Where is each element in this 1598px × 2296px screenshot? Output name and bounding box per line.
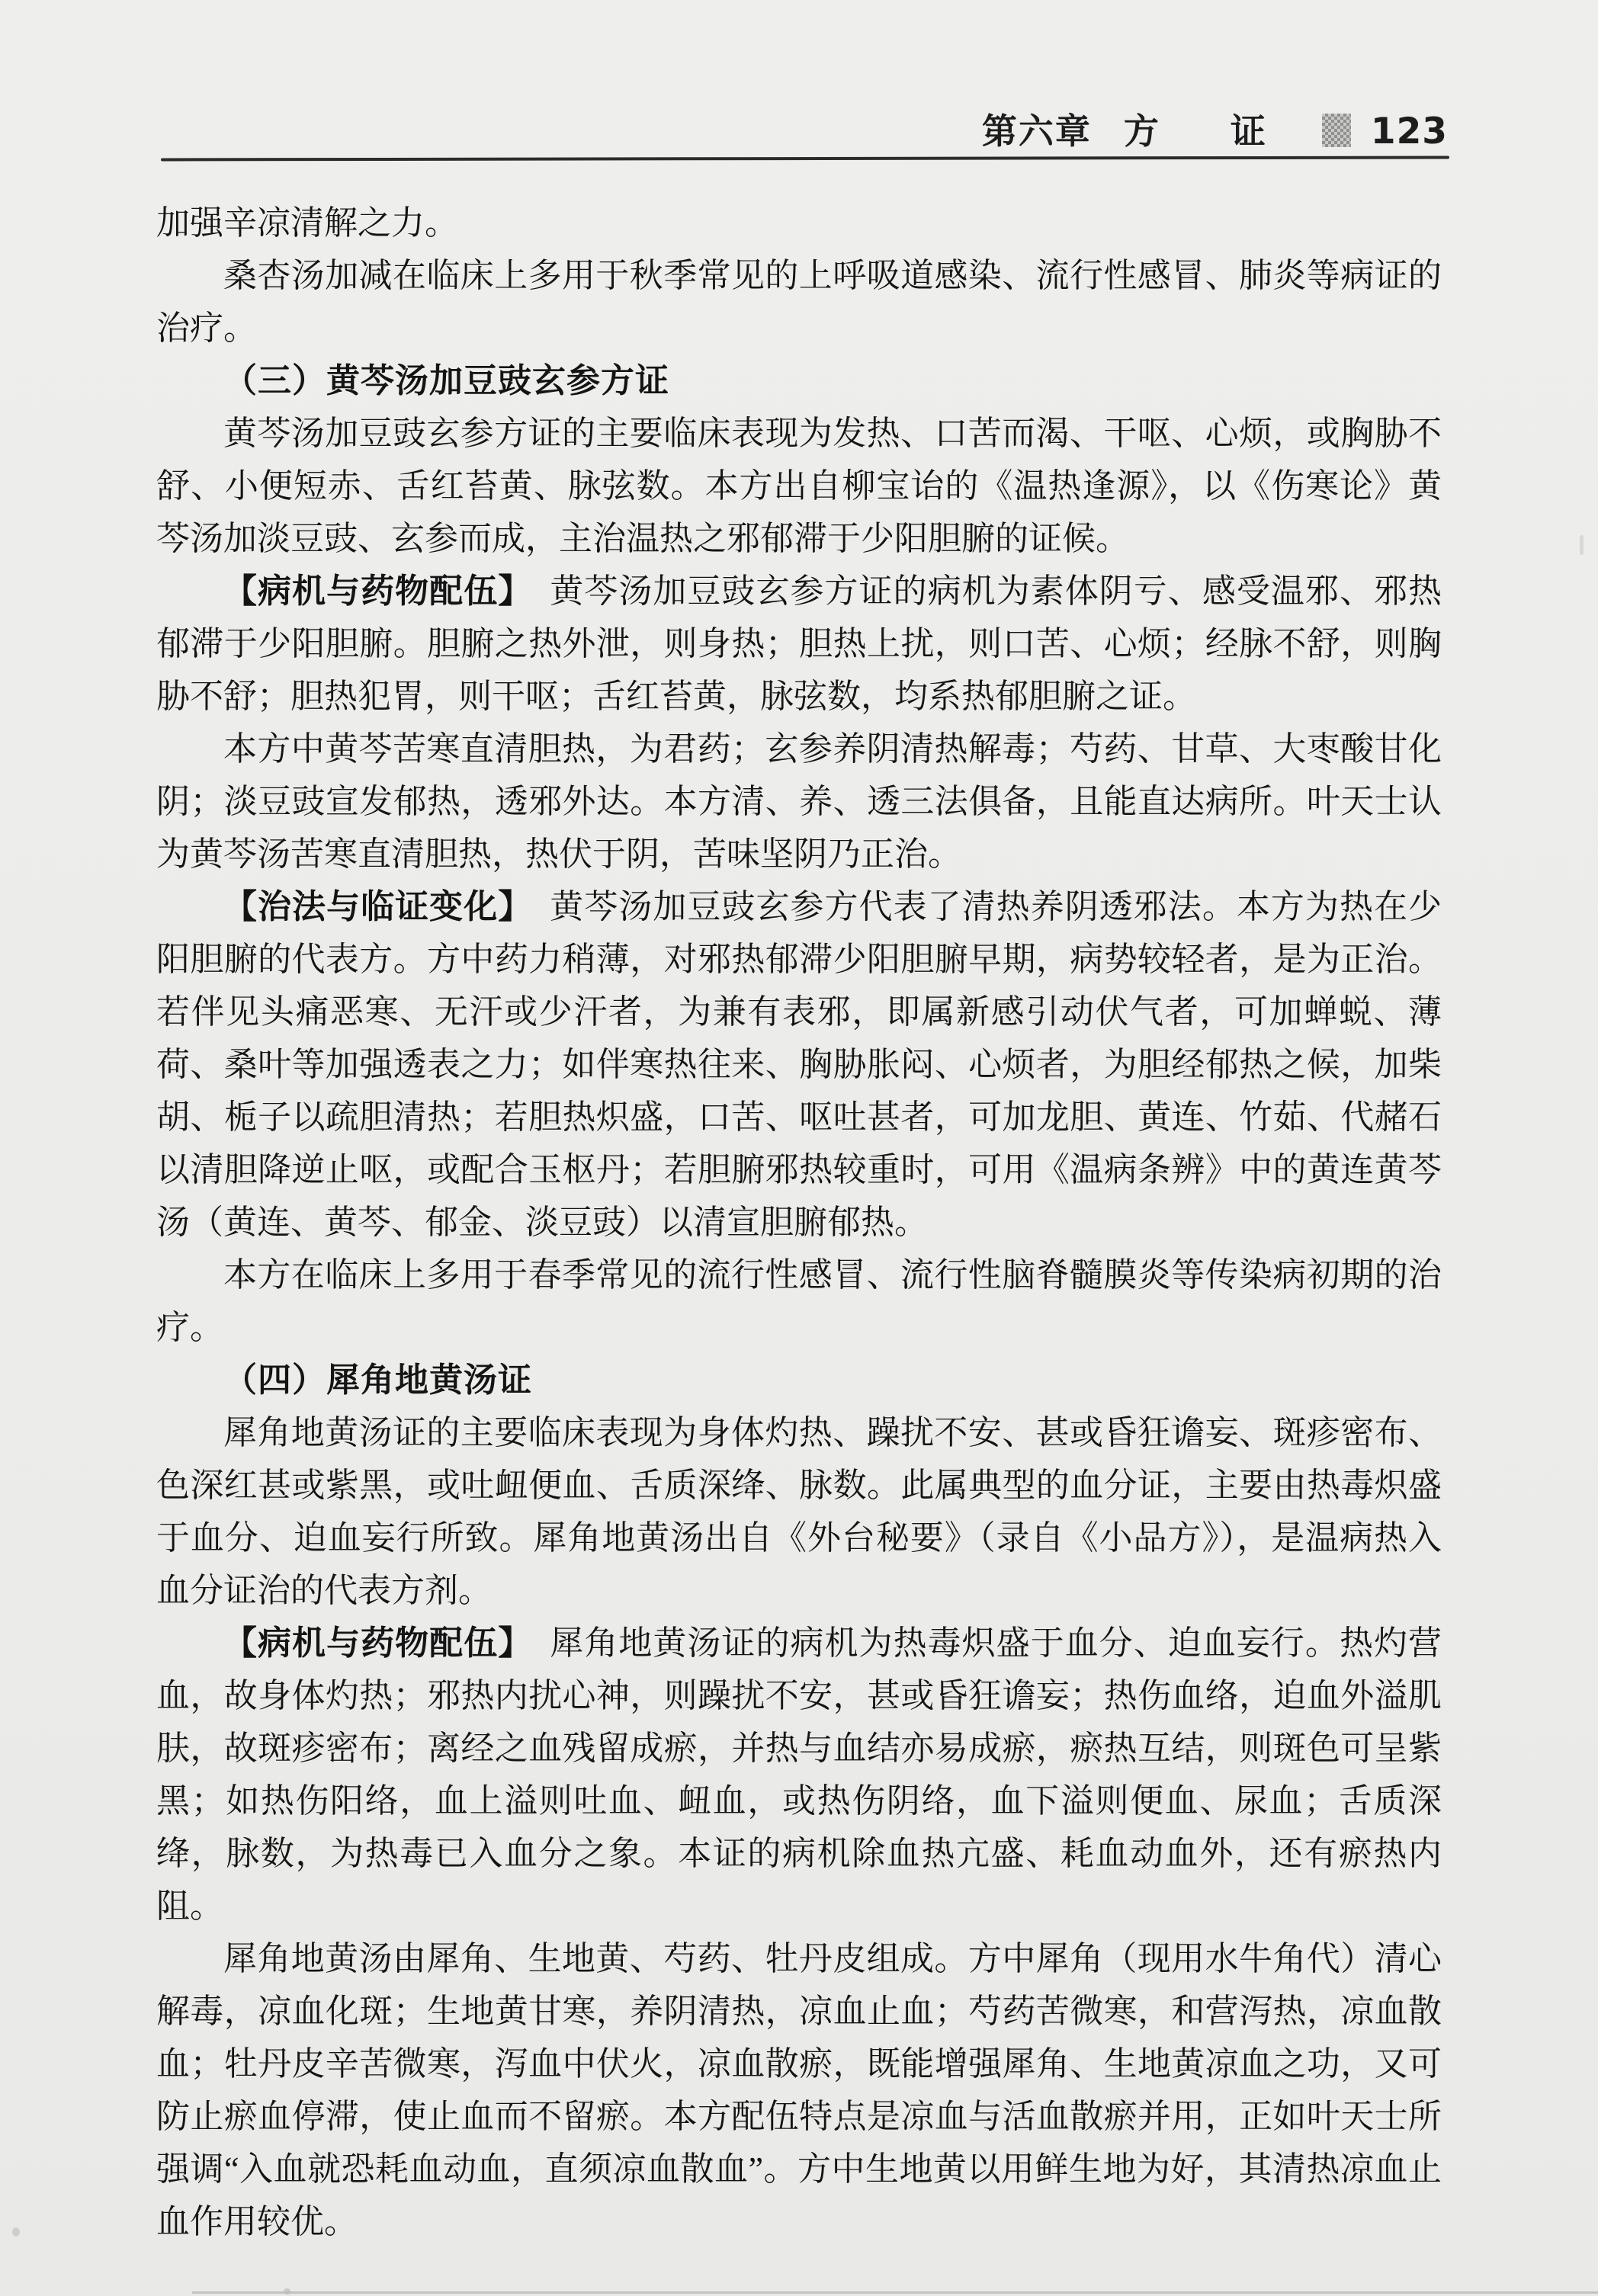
scan-edge-line: [192, 2291, 1598, 2294]
chapter-label: 第六章: [982, 111, 1092, 152]
paragraph-label: 【治法与临证变化】: [223, 887, 515, 926]
paragraph: 【病机与药物配伍】 黄芩汤加豆豉玄参方证的病机为素体阴亏、感受温邪、邪热郁滞于少…: [156, 565, 1442, 723]
paragraph: 桑杏汤加减在临床上多用于秋季常见的上呼吸道感染、流行性感冒、肺炎等病证的治疗。: [156, 249, 1442, 354]
paragraph: 本方中黄芩苦寒直清胆热，为君药；玄参养阴清热解毒；芍药、甘草、大枣酸甘化阴；淡豆…: [156, 723, 1442, 880]
scan-artifact: [12, 2227, 20, 2237]
paragraph-label: 【病机与药物配伍】: [223, 1624, 515, 1663]
paragraph: 本方在临床上多用于春季常见的流行性感冒、流行性脑脊髓膜炎等传染病初期的治疗。: [156, 1249, 1442, 1354]
section-heading: （三）黄芩汤加豆豉玄参方证: [156, 354, 1442, 407]
paragraph: 犀角地黄汤由犀角、生地黄、芍药、牡丹皮组成。方中犀角（现用水牛角代）清心解毒，凉…: [156, 1932, 1442, 2248]
paragraph-label: 【病机与药物配伍】: [223, 572, 515, 611]
paragraph: 加强辛凉清解之力。: [156, 197, 1442, 249]
paragraph: 黄芩汤加豆豉玄参方证的主要临床表现为发热、口苦而渴、干呕、心烦，或胸胁不舒、小便…: [156, 407, 1442, 565]
halftone-square-icon: [1322, 114, 1351, 147]
paragraph: 【治法与临证变化】 黄芩汤加豆豉玄参方代表了清热养阴透邪法。本方为热在少阳胆腑的…: [156, 880, 1442, 1249]
paragraph: 【病机与药物配伍】 犀角地黄汤证的病机为热毒炽盛于血分、迫血妄行。热灼营血，故身…: [156, 1617, 1442, 1932]
header-title-char-1: 方: [1124, 111, 1160, 152]
scan-artifact: [1580, 535, 1584, 555]
page-number: 123: [1371, 111, 1448, 152]
book-page: 第六章方证123 加强辛凉清解之力。桑杏汤加减在临床上多用于秋季常见的上呼吸道感…: [0, 0, 1598, 2296]
section-heading: （四）犀角地黄汤证: [156, 1354, 1442, 1406]
paragraph: 犀角地黄汤证的主要临床表现为身体灼热、躁扰不安、甚或昏狂谵妄、斑疹密布、色深红甚…: [156, 1406, 1442, 1617]
page-header: 第六章方证123: [156, 111, 1448, 152]
text-column: 加强辛凉清解之力。桑杏汤加减在临床上多用于秋季常见的上呼吸道感染、流行性感冒、肺…: [156, 197, 1442, 2248]
header-title-char-2: 证: [1231, 111, 1267, 152]
header-rule: [161, 156, 1449, 162]
